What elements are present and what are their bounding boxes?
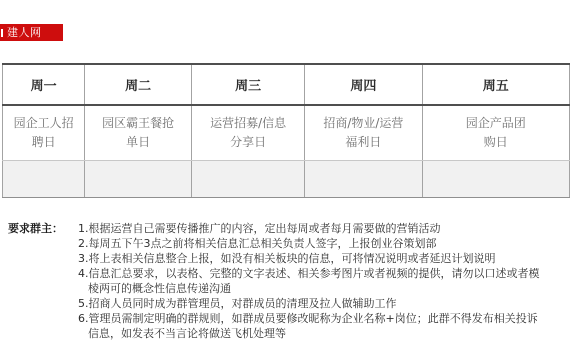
empty-cell-tue [85, 160, 192, 197]
schedule-activity-row: 园企工人招 聘日 园区霸王餐抢 单日 运营招募/信息 分享日 招商/物业/运营 … [3, 105, 570, 160]
activity-cell-fri: 园企产品团 购日 [422, 105, 569, 160]
site-logo: 建人网 [0, 24, 63, 41]
requirement-item-1: 1.根据运营自己需要传播推广的内容，定出每周或者每月需要做的营销活动 [78, 221, 562, 236]
requirement-item-2: 2.每周五下午3点之前将相关信息汇总相关负责人签字，上报创业谷策划部 [78, 236, 562, 251]
day-header-fri: 周五 [422, 64, 569, 105]
activity-cell-thu: 招商/物业/运营 福利日 [305, 105, 422, 160]
logo-clipped-glyph [1, 29, 3, 37]
activity-cell-tue: 园区霸王餐抢 单日 [85, 105, 192, 160]
requirements-list: 1.根据运营自己需要传播推广的内容，定出每周或者每月需要做的营销活动 2.每周五… [78, 221, 562, 341]
activity-cell-wed: 运营招募/信息 分享日 [192, 105, 305, 160]
requirements-section: 要求群主： 1.根据运营自己需要传播推广的内容，定出每周或者每月需要做的营销活动… [8, 221, 562, 341]
day-header-tue: 周二 [85, 64, 192, 105]
day-header-mon: 周一 [3, 64, 85, 105]
weekly-schedule-table: 周一 周二 周三 周四 周五 园企工人招 聘日 园区霸王餐抢 单日 运营招募/信… [2, 63, 570, 198]
requirement-item-4: 4.信息汇总要求，以表格、完整的文字表述、相关参考图片或者视频的提供，请勿以口述… [78, 266, 562, 296]
empty-cell-wed [192, 160, 305, 197]
day-header-wed: 周三 [192, 64, 305, 105]
activity-cell-mon: 园企工人招 聘日 [3, 105, 85, 160]
schedule-empty-row [3, 160, 570, 197]
requirement-item-6: 6.管理员需制定明确的群规则，如群成员要修改昵称为企业名称+岗位；此群不得发布相… [78, 311, 562, 341]
requirement-item-5: 5.招商人员同时成为群管理员，对群成员的清理及拉人做辅助工作 [78, 296, 562, 311]
logo-text: 建人网 [0, 24, 63, 41]
empty-cell-mon [3, 160, 85, 197]
schedule-header-row: 周一 周二 周三 周四 周五 [3, 64, 570, 105]
empty-cell-thu [305, 160, 422, 197]
requirement-item-3: 3.将上表相关信息整合上报，如没有相关板块的信息，可将情况说明或者延迟计划说明 [78, 251, 562, 266]
day-header-thu: 周四 [305, 64, 422, 105]
requirements-label: 要求群主： [8, 221, 78, 236]
empty-cell-fri [422, 160, 569, 197]
